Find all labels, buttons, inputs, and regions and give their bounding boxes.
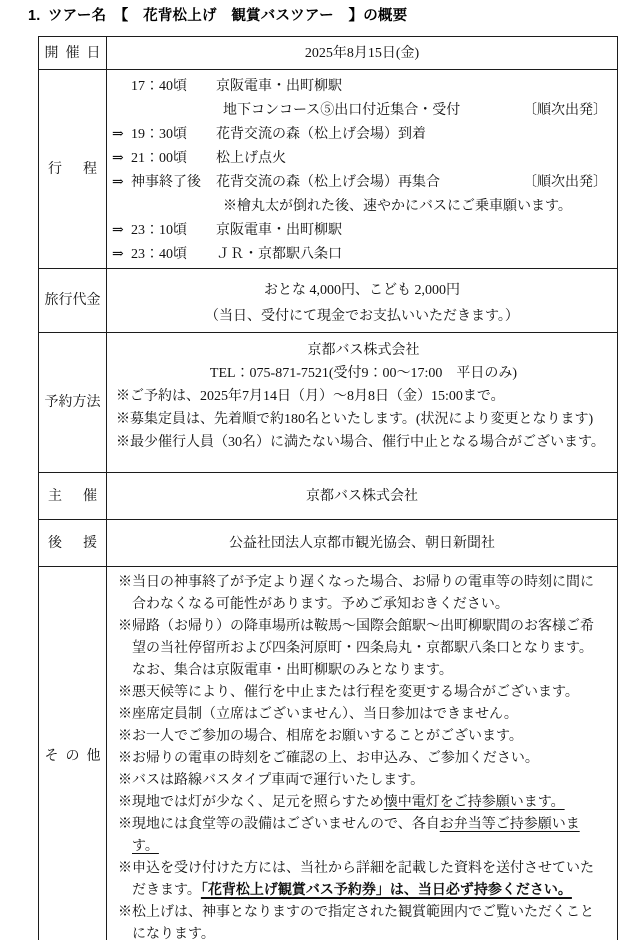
note-segment: 懐中電灯をご持参願います。 (384, 795, 565, 810)
note-segment: ※お一人でご参加の場合、相席をお願いすることがございます。 (118, 729, 523, 744)
note-segment: ※現地には食堂等の設備はございませんので、各自 (118, 817, 440, 832)
row-label-schedule: 行 程 (39, 70, 107, 269)
schedule-desc: 地下コンコース⑤出口付近集合・受付 (223, 99, 460, 123)
fare-lines: おとな 4,000円、こども 2,000円（当日、受付にて現金でお支払いいただき… (107, 272, 617, 330)
date-value: 2025年8月15日(金) (107, 37, 618, 70)
reservation-note: ※募集定員は、先着順で約180名といたします。(状況により変更となります) (116, 408, 611, 431)
note-item: ※悪天候等により、催行を中止または行程を変更する場合がございます。 (118, 682, 605, 704)
row-organizer: 主 催 京都バス株式会社 (39, 473, 618, 520)
schedule-desc: 花背交流の森（松上げ会場）到着 (216, 123, 426, 147)
row-label-reservation: 予約方法 (39, 333, 107, 473)
note-segment: ※座席定員制（立席はございません）、当日参加はできません。 (118, 707, 518, 722)
schedule-desc: ※檜丸太が倒れた後、速やかにバスにご乗車願います。 (223, 195, 572, 219)
schedule-arrow: ⇒ (112, 123, 131, 147)
schedule-time: 23：40頃 (131, 243, 216, 267)
row-label-other: そ の 他 (39, 567, 107, 940)
tour-overview-table: 開 催 日 2025年8月15日(金) 行 程 17：40頃京阪電車・出町柳駅地… (38, 36, 618, 940)
schedule-time: 19：30頃 (131, 123, 216, 147)
row-label-support: 後 援 (39, 520, 107, 567)
reservation-contact-line: 京都バス株式会社 (116, 339, 611, 362)
schedule-desc: 松上げ点火 (216, 147, 286, 171)
schedule-lines: 17：40頃京阪電車・出町柳駅地下コンコース⑤出口付近集合・受付〔順次出発〕⇒1… (107, 70, 617, 267)
fare-line: おとな 4,000円、こども 2,000円 (107, 278, 617, 304)
schedule-desc: ＪＲ・京都駅八条口 (216, 243, 342, 267)
fare-line: （当日、受付にて現金でお支払いいただきます。） (107, 304, 617, 330)
note-item: ※松上げは、神事となりますので指定された観賞範囲内でご覧いただくことになります。 (118, 902, 605, 940)
schedule-arrow: ⇒ (112, 243, 131, 267)
note-item: ※申込を受け付けた方には、当社から詳細を記載した資料を送付させていただきます。「… (118, 858, 605, 902)
note-item: ※現地では灯が少なく、足元を照らすため懐中電灯をご持参願います。 (118, 792, 605, 814)
schedule-line: ⇒23：40頃ＪＲ・京都駅八条口 (112, 243, 607, 267)
note-item: ※バスは路線バスタイプ車両で運行いたします。 (118, 770, 605, 792)
reservation-lines: 京都バス株式会社TEL：075-871-7521(受付9：00～17:00 平日… (107, 333, 617, 454)
note-item: ※お帰りの電車の時刻をご確認の上、お申込み、ご参加ください。 (118, 748, 605, 770)
schedule-arrow: ⇒ (112, 171, 131, 195)
schedule-arrow: ⇒ (112, 219, 131, 243)
schedule-time: 21：00頃 (131, 147, 216, 171)
schedule-line: 地下コンコース⑤出口付近集合・受付〔順次出発〕 (112, 99, 607, 123)
row-label-fare: 旅行代金 (39, 269, 107, 333)
note-item: ※現地には食堂等の設備はございませんので、各自お弁当等ご持参願います。 (118, 814, 605, 858)
schedule-line: ⇒23：10頃京阪電車・出町柳駅 (112, 219, 607, 243)
note-item: ※座席定員制（立席はございません）、当日参加はできません。 (118, 704, 605, 726)
row-other: そ の 他 ※当日の神事終了が予定より遅くなった場合、お帰りの電車等の時刻に間に… (39, 567, 618, 940)
schedule-line: ⇒19：30頃花背交流の森（松上げ会場）到着 (112, 123, 607, 147)
note-segment: ※悪天候等により、催行を中止または行程を変更する場合がございます。 (118, 685, 579, 700)
schedule-line: ⇒21：00頃松上げ点火 (112, 147, 607, 171)
note-segment: ※帰路（お帰り）の降車場所は鞍馬～国際会館駅～出町柳駅間のお客様ご希望の当社停留… (118, 619, 594, 678)
schedule-time: 23：10頃 (131, 219, 216, 243)
schedule-time: 17：40頃 (131, 75, 216, 99)
schedule-note: 〔順次出発〕 (523, 99, 607, 123)
note-segment: 「花背松上げ観賞バス予約券」は、当日必ず持参ください。 (201, 883, 572, 898)
row-support: 後 援 公益社団法人京都市観光協会、朝日新聞社 (39, 520, 618, 567)
note-segment: ※バスは路線バスタイプ車両で運行いたします。 (118, 773, 424, 788)
schedule-desc: 花背交流の森（松上げ会場）再集合 (216, 171, 440, 195)
row-label-date: 開 催 日 (39, 37, 107, 70)
reservation-contact-line: TEL：075-871-7521(受付9：00～17:00 平日のみ) (116, 362, 611, 385)
note-segment: ※現地では灯が少なく、足元を照らすため (118, 795, 384, 810)
schedule-note: 〔順次出発〕 (523, 171, 607, 195)
note-item: ※帰路（お帰り）の降車場所は鞍馬～国際会館駅～出町柳駅間のお客様ご希望の当社停留… (118, 616, 605, 682)
schedule-desc: 京阪電車・出町柳駅 (216, 219, 342, 243)
row-fare: 旅行代金 おとな 4,000円、こども 2,000円（当日、受付にて現金でお支払… (39, 269, 618, 333)
row-schedule: 行 程 17：40頃京阪電車・出町柳駅地下コンコース⑤出口付近集合・受付〔順次出… (39, 70, 618, 269)
note-segment: ※松上げは、神事となりますので指定された観賞範囲内でご覧いただくことになります。 (118, 905, 594, 940)
schedule-line: ※檜丸太が倒れた後、速やかにバスにご乗車願います。 (112, 195, 607, 219)
schedule-line: ⇒神事終了後花背交流の森（松上げ会場）再集合〔順次出発〕 (112, 171, 607, 195)
reservation-note: ※ご予約は、2025年7月14日（月）～8月8日（金）15:00まで。 (116, 385, 611, 408)
reservation-note: ※最少催行人員（30名）に満たない場合、催行中止となる場合がございます。 (116, 431, 611, 454)
row-reservation: 予約方法 京都バス株式会社TEL：075-871-7521(受付9：00～17:… (39, 333, 618, 473)
schedule-desc: 京阪電車・出町柳駅 (216, 75, 342, 99)
schedule-line: 17：40頃京阪電車・出町柳駅 (112, 75, 607, 99)
document-page: 1. ツアー名 【 花背松上げ 観賞バスツアー 】の概要 開 催 日 2025年… (0, 0, 636, 940)
page-title: 1. ツアー名 【 花背松上げ 観賞バスツアー 】の概要 (28, 6, 407, 28)
other-notes: ※当日の神事終了が予定より遅くなった場合、お帰りの電車等の時刻に間に合わなくなる… (107, 567, 617, 940)
organizer-value: 京都バス株式会社 (107, 473, 618, 520)
schedule-arrow: ⇒ (112, 147, 131, 171)
note-segment: ※当日の神事終了が予定より遅くなった場合、お帰りの電車等の時刻に間に合わなくなる… (118, 575, 594, 612)
row-label-organizer: 主 催 (39, 473, 107, 520)
row-date: 開 催 日 2025年8月15日(金) (39, 37, 618, 70)
note-item: ※当日の神事終了が予定より遅くなった場合、お帰りの電車等の時刻に間に合わなくなる… (118, 572, 605, 616)
note-item: ※お一人でご参加の場合、相席をお願いすることがございます。 (118, 726, 605, 748)
note-segment: ※お帰りの電車の時刻をご確認の上、お申込み、ご参加ください。 (118, 751, 539, 766)
schedule-time: 神事終了後 (131, 171, 216, 195)
support-value: 公益社団法人京都市観光協会、朝日新聞社 (107, 520, 618, 567)
